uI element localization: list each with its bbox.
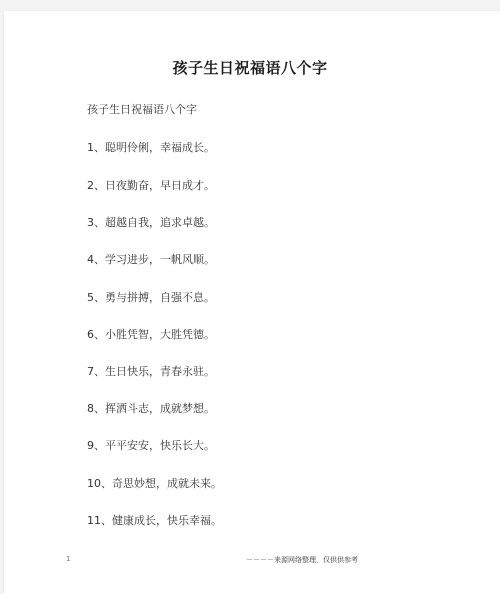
list-item: 10、奇思妙想，成就未来。	[87, 475, 222, 491]
list-item: 1、聪明伶俐，幸福成长。	[87, 139, 215, 155]
list-item: 2、日夜勤奋，早日成才。	[87, 177, 215, 193]
document-page	[4, 11, 500, 594]
list-item: 4、学习进步，一帆风顺。	[87, 251, 215, 267]
list-item: 11、健康成长，快乐幸福。	[87, 512, 222, 528]
page-number: 1	[66, 555, 70, 563]
list-item: 5、勇与拼搏，自强不息。	[87, 289, 215, 305]
list-item: 6、小胜凭智，大胜凭德。	[87, 326, 215, 342]
list-item: 8、挥洒斗志，成就梦想。	[87, 400, 215, 416]
document-title: 孩子生日祝福语八个字	[0, 57, 500, 78]
list-item: 9、平平安安，快乐长大。	[87, 437, 215, 453]
document-subtitle: 孩子生日祝福语八个字	[87, 101, 197, 117]
footer-note: －－－－来源网络整理，仅供供参考	[246, 555, 358, 565]
list-item: 7、生日快乐，青春永驻。	[87, 363, 215, 379]
list-item: 3、超越自我，追求卓越。	[87, 214, 215, 230]
